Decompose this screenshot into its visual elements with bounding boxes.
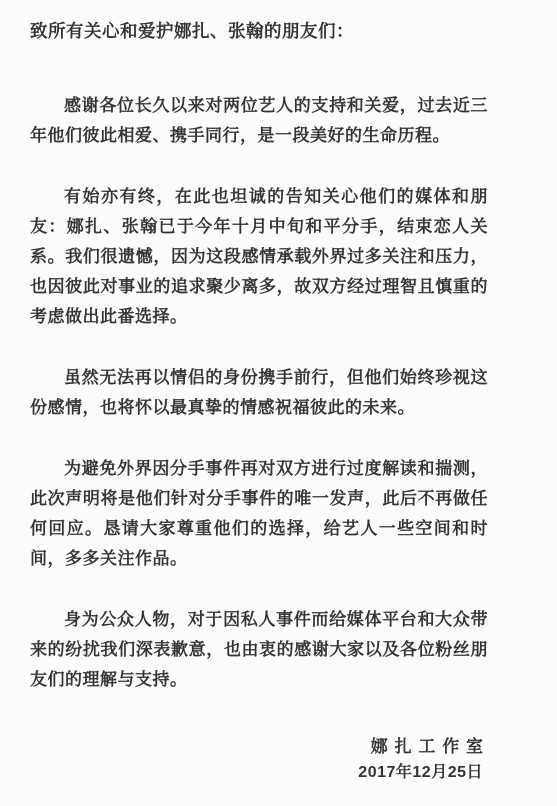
signature-date: 2017年12月25日: [30, 761, 483, 785]
signature-block: 娜扎工作室 2017年12月25日: [30, 733, 488, 785]
statement-document: 致所有关心和爱护娜扎、张翰的朋友们： 感谢各位长久以来对两位艺人的支持和关爱，过…: [0, 0, 557, 806]
paragraph-cherish: 虽然无法再以情侣的身份携手前行，但他们始终珍视这份感情，也将怀以最真挚的情感祝福…: [30, 363, 488, 423]
paragraph-announcement: 有始亦有终，在此也坦诚的告知关心他们的媒体和朋友：娜扎、张翰已于今年十月中旬和平…: [30, 182, 488, 332]
signature-name: 娜扎工作室: [30, 733, 490, 761]
paragraph-thanks: 感谢各位长久以来对两位艺人的支持和关爱，过去近三年他们彼此相爱、携手同行，是一段…: [30, 91, 488, 151]
paragraph-only-statement: 为避免外界因分手事件再对双方进行过度解读和揣测，此次声明将是他们针对分手事件的唯…: [30, 454, 488, 574]
document-title: 致所有关心和爱护娜扎、张翰的朋友们：: [30, 16, 488, 46]
paragraph-apology: 身为公众人物，对于因私人事件而给媒体平台和大众带来的纷扰我们深表歉意，也由衷的感…: [30, 605, 488, 695]
